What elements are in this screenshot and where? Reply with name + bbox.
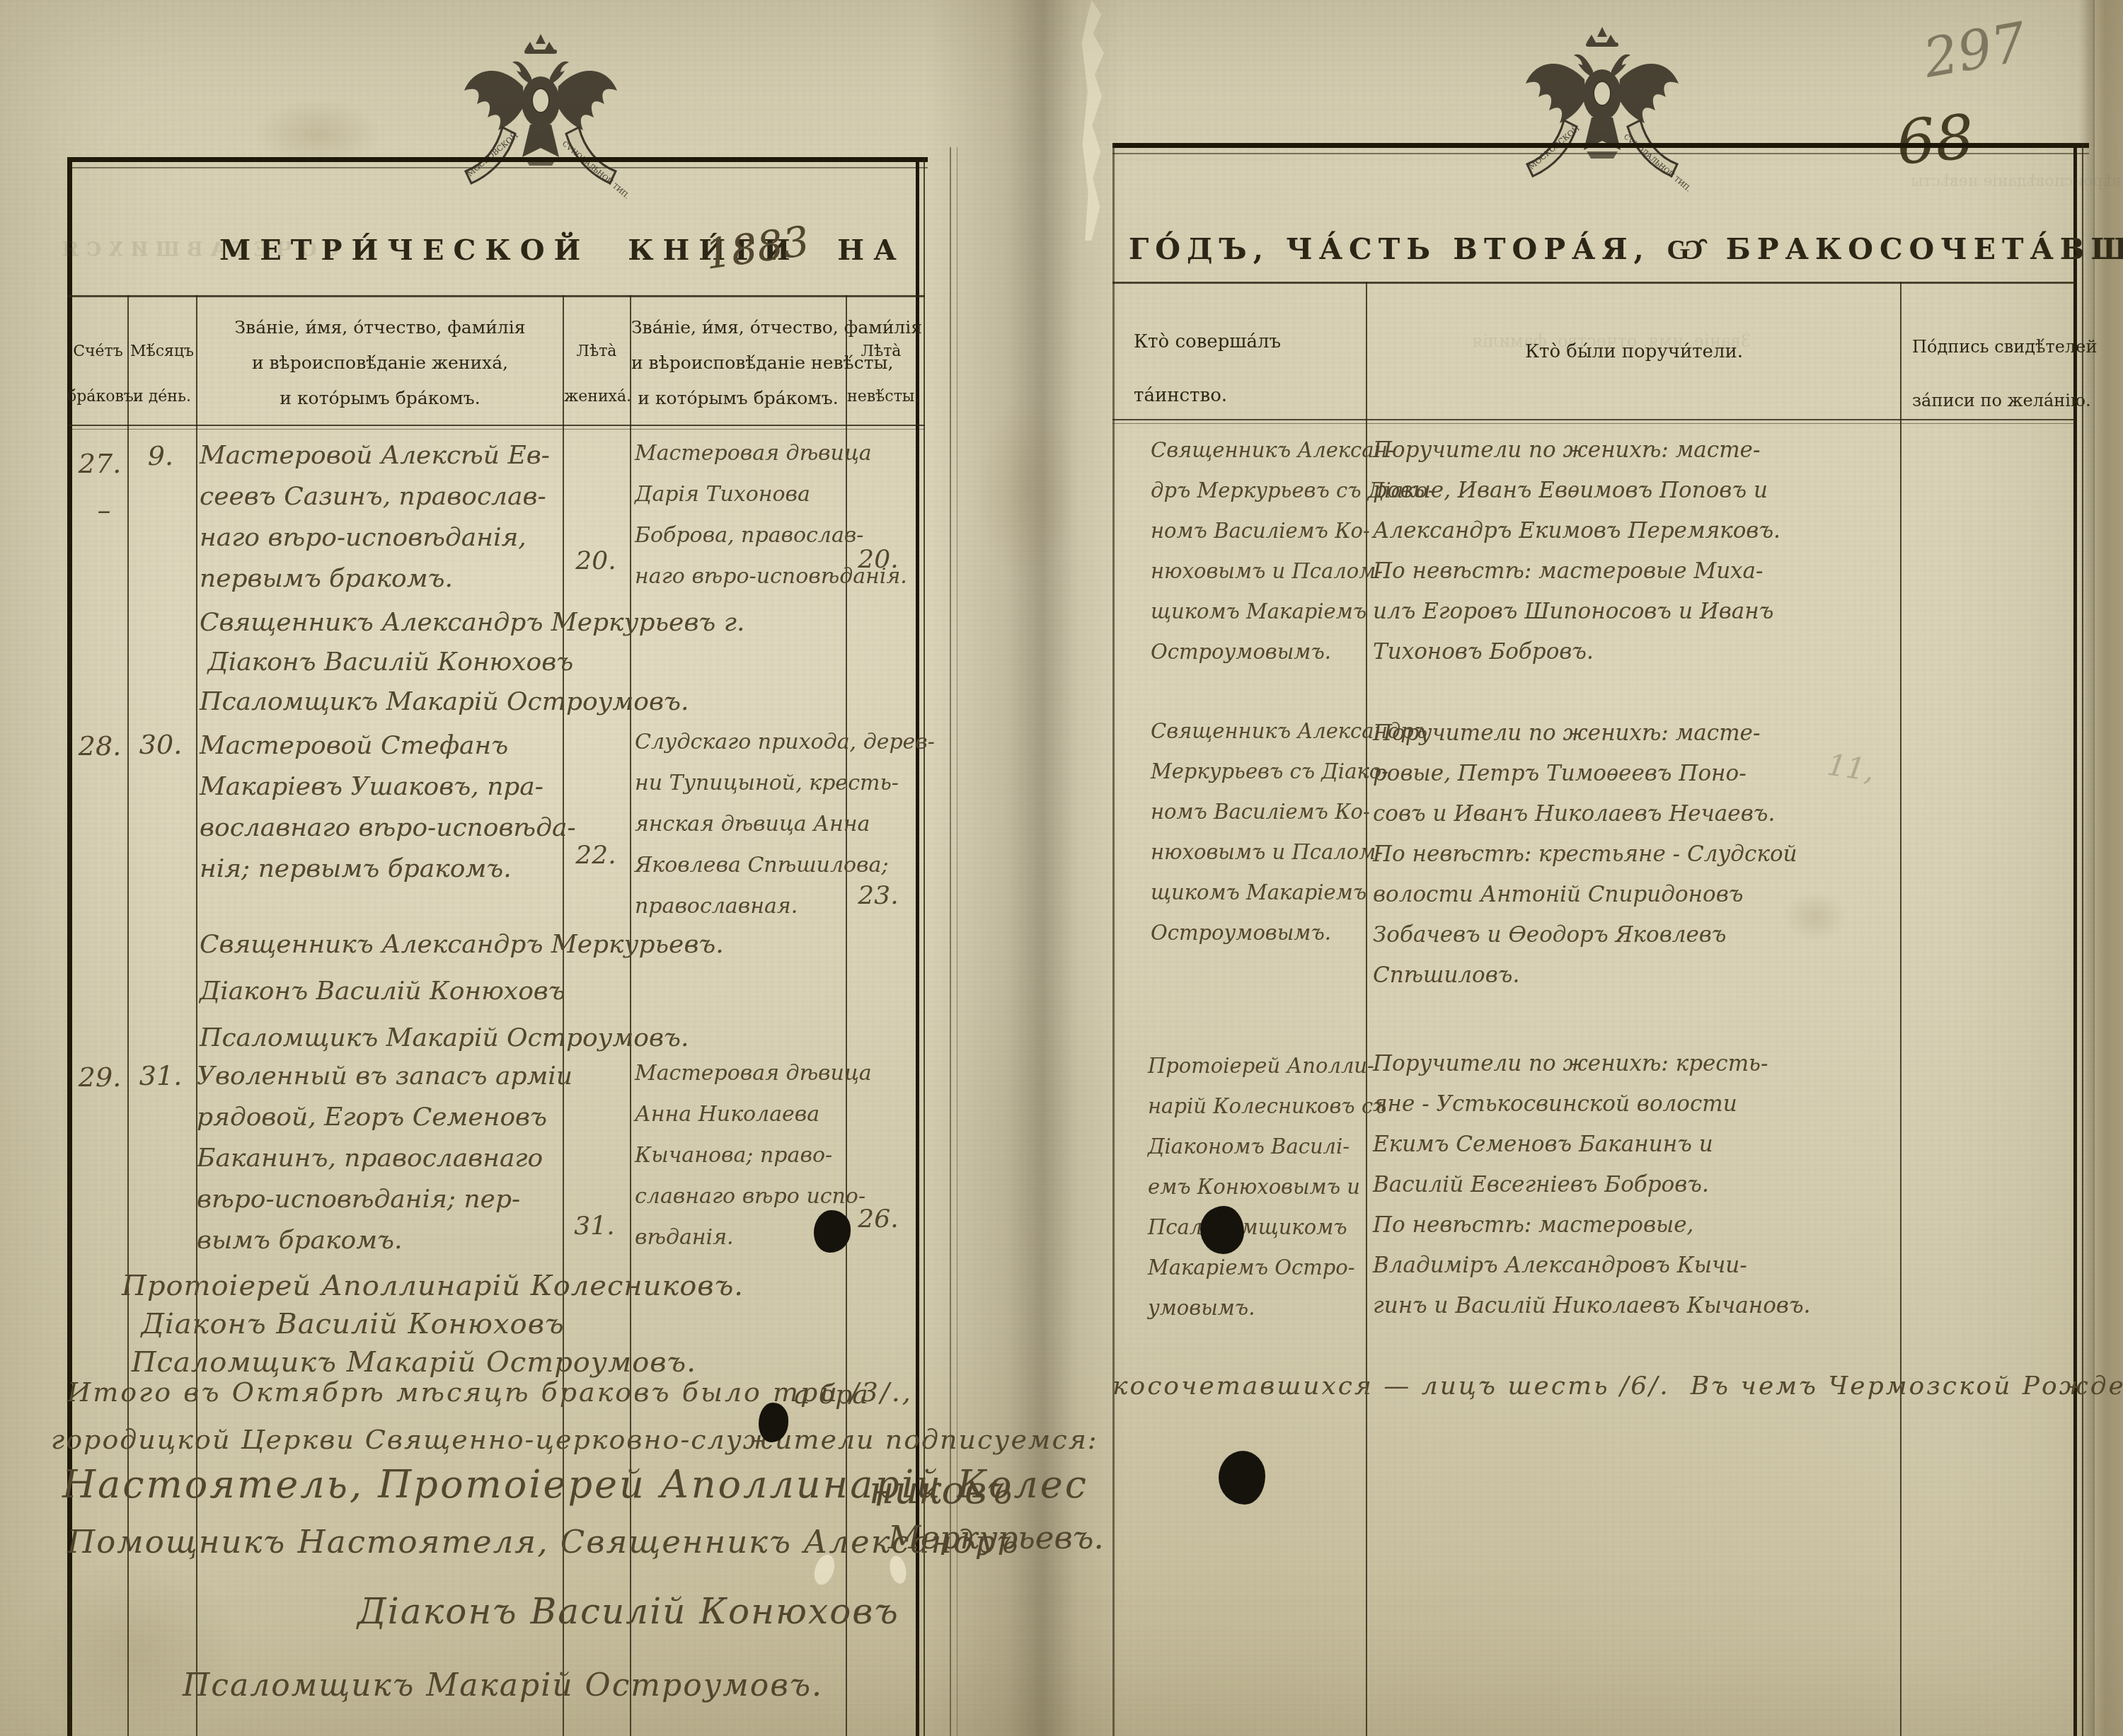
record-groom: Мастеровой Стефанъ Макаріевъ Ушаковъ, пр… <box>200 725 576 890</box>
column-header-witnesses: По́дпись свидѣ́телей за́писи по жела́нію… <box>1912 320 2082 427</box>
record-guarantors: Поручители по женихѣ: масте- ровые, Иван… <box>1373 430 1780 672</box>
left-page-border-top-thin <box>67 167 928 168</box>
left-page-border-top <box>67 157 928 162</box>
signature-deacon: Діаконъ Василій Конюховъ <box>357 1591 899 1632</box>
summary-total-mid: а бра <box>794 1379 868 1410</box>
record-number: 29. <box>74 1062 126 1093</box>
scanned-metrical-book-spread: { "marginalia": { "pencil_folio": "297",… <box>0 0 2123 1736</box>
left-page-title: МЕТРИ́ЧЕСКОЙ КНИ́ГИ НА <box>219 234 715 267</box>
ink-blot <box>1200 1206 1244 1254</box>
imperial-eagle-emblem: МОСКОВСКОЙ СѴНОДАЛЬНОЙ ТИП. <box>1513 13 1691 198</box>
column-header-month: Мѣ́сяцъ и де́нь. <box>129 329 195 420</box>
bleed-through-text: и вѣроисповѣданіе невѣсты <box>1911 173 2123 190</box>
record-clergy-signatures: Протоіерей Аполлинарій Колесниковъ. Діак… <box>122 1267 744 1381</box>
ribbon-text: СѴНОДАЛЬНОЙ ТИП. <box>560 139 630 200</box>
right-column-line <box>1900 282 1902 1736</box>
margin-pencil-mark: 11, <box>1825 747 1877 788</box>
ink-blot <box>1219 1451 1265 1505</box>
signature-assistant-continued: Меркурьевъ. <box>888 1519 1104 1556</box>
right-page-title: ГО́ДЪ, ЧА́СТЬ ВТОРА́Я, Ѡ̑ БРАКОСОЧЕТА́ВШ… <box>1129 232 2063 266</box>
record-bride-age: 26. <box>848 1205 909 1234</box>
record-groom-age: 22. <box>565 841 627 870</box>
column-header-count: Сче́тъ бра́ковъ. <box>67 329 129 420</box>
summary-total-right: косочетавшихся — лицъ шесть /6/. Въ чемъ… <box>1112 1372 2123 1401</box>
left-page-title-year: 1883 <box>702 217 812 279</box>
record-groom-age: 31. <box>563 1212 626 1241</box>
left-column-line <box>127 295 129 1736</box>
record-clergy-signatures: Священникъ Александръ Меркурьевъ. Діакон… <box>200 921 724 1062</box>
folio-number-ink: 68 <box>1894 101 1977 178</box>
summary-church-line: городицкой Церкви Священно-церковно-служ… <box>51 1424 1098 1455</box>
signature-psalmist: Псаломщикъ Макарій Остроумовъ. <box>183 1667 823 1703</box>
record-day: 9. <box>130 440 192 471</box>
signature-rector-continued: никовъ <box>869 1468 1013 1512</box>
record-bride-age: 20. <box>848 545 909 574</box>
record-number: 27. – <box>74 440 126 534</box>
signature-assistant: Помощникъ Настоятеля, Священникъ Алексан… <box>67 1523 1020 1560</box>
left-column-line <box>196 295 197 1736</box>
right-page-border-top <box>1112 143 2089 148</box>
record-clergy-signatures: Священникъ Александръ Меркурьевъ г. Діак… <box>200 603 744 722</box>
record-groom: Уволенный въ запасъ арміи рядовой, Егоръ… <box>197 1056 573 1261</box>
right-page-border-right-thin <box>2082 143 2083 1736</box>
column-header-guarantors: Кто̀ бы́ли поручи́тели. <box>1369 341 1899 362</box>
summary-total-left: Итого въ Октябрѣ мѣсяцѣ браковъ было три… <box>67 1376 913 1408</box>
paper-stain <box>28 1557 241 1736</box>
column-header-groom: Зва́ніе, и́мя, о́тчество, фами́лія и вѣр… <box>198 310 562 416</box>
record-groom-age: 20. <box>565 546 627 575</box>
column-header-celebrant: Кто̀ соверша́лъ та́инство. <box>1134 315 1360 422</box>
record-guarantors: Поручители по женихѣ: кресть- яне - Усть… <box>1373 1044 1810 1326</box>
record-groom: Мастеровой Алексѣй Ев- сеевъ Сазинъ, пра… <box>200 435 550 599</box>
ribbon-text: СѴНОДАЛЬНОЙ ТИП. <box>1622 132 1691 193</box>
record-celebrant: Протоіерей Аполли- нарій Колесниковъ съ … <box>1148 1046 1386 1328</box>
record-guarantors: Поручители по женихѣ: масте- ровые, Петр… <box>1373 713 1797 996</box>
column-header-bride: Зва́ніе, и́мя, о́тчество, фами́лія и вѣр… <box>631 310 845 416</box>
column-header-bride-age: Лѣта̀ невѣ́сты. <box>847 329 915 420</box>
record-day: 31. <box>130 1060 192 1091</box>
right-page-border-top-thin <box>1112 153 2089 154</box>
folio-number-pencil: 297 <box>1918 10 2030 90</box>
record-number: 28. <box>74 730 126 761</box>
record-bride-age: 23. <box>848 881 909 910</box>
record-day: 30. <box>130 729 192 760</box>
ribbon-text: МОСКОВСКОЙ <box>465 130 520 178</box>
imperial-eagle-emblem: МОСКОВСКОЙ СѴНОДАЛЬНОЙ ТИП. <box>451 20 630 205</box>
right-title-separator <box>1112 282 2075 284</box>
right-page-border-left <box>1112 143 1115 1736</box>
column-header-groom-age: Лѣта̀ жениха́. <box>564 329 629 420</box>
